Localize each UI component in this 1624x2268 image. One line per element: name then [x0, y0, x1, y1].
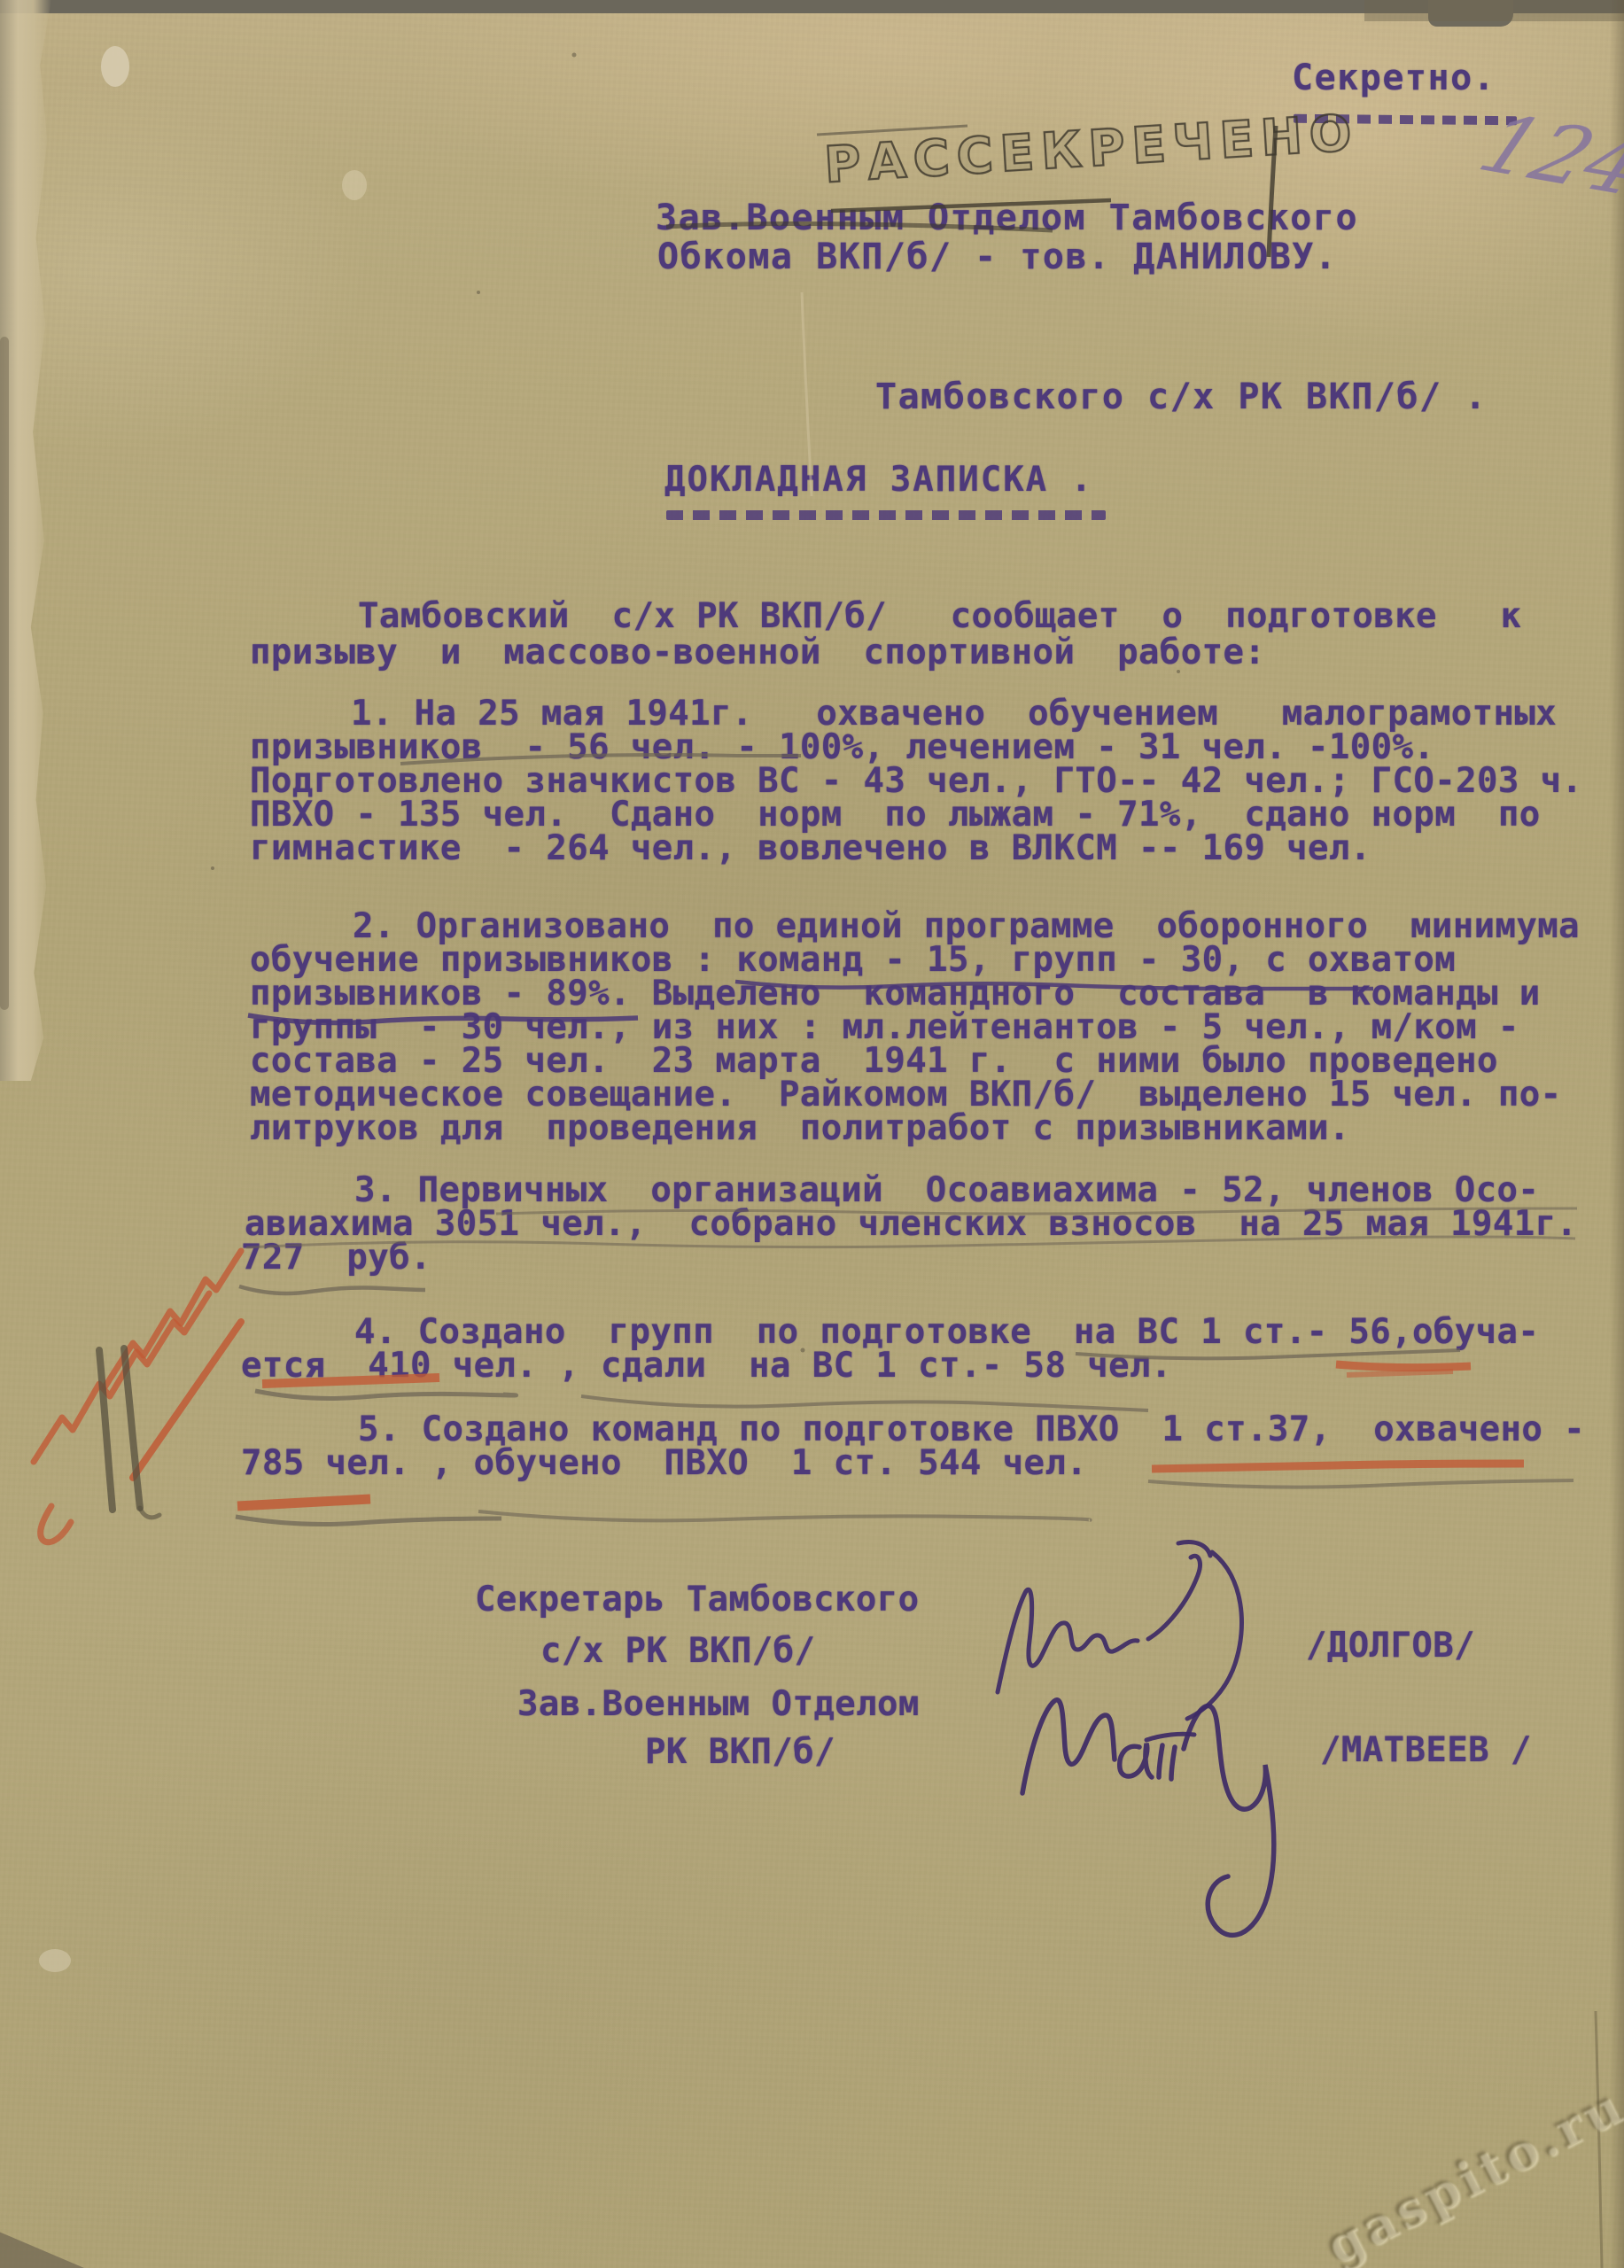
scanned-document: Секретно. РАССЕКРЕЧЕНО 124 Зав.Военным О… — [0, 0, 1624, 2268]
paper-edge-shadow-left — [0, 337, 9, 1010]
signer2-role-line-2: РК ВКП/б/ — [645, 1735, 835, 1769]
p3-line-2: авиахима 3051 чел., собрано членских взн… — [245, 1207, 1577, 1241]
p5-line-1: 5. Создано команд по подготовке ПВХО 1 с… — [358, 1412, 1585, 1447]
signer1-role-line-2: с/х РК ВКП/б/ — [540, 1634, 815, 1668]
paper-edge-shadow-right — [1610, 0, 1624, 2268]
p1-line-2: призывников - 56 чел. - 100%, лечением -… — [250, 730, 1434, 765]
signer1-role-line-1: Секретарь Тамбовского — [475, 1582, 919, 1617]
title-underline — [666, 510, 1106, 520]
intro-line-2: призыву и массово-военной спортивной раб… — [250, 635, 1265, 670]
signer2-role-line-1: Зав.Военным Отделом — [517, 1687, 920, 1721]
p2-line-1: 2. Организовано по единой программе обор… — [353, 909, 1580, 944]
signer1-name: /ДОЛГОВ/ — [1306, 1628, 1475, 1663]
memo-title: ДОКЛАДНАЯ ЗАПИСКА . — [664, 462, 1093, 497]
p1-line-3: Подготовлено значкистов ВС - 43 чел., ГТ… — [250, 764, 1582, 798]
p2-line-6: методическое совещание. Райкомом ВКП/б/ … — [250, 1077, 1562, 1112]
paper-chip-spot — [39, 1949, 71, 1972]
p1-line-1: 1. На 25 мая 1941г. охвачено обучением м… — [351, 696, 1557, 731]
p2-line-2: обучение призывников : команд - 15, груп… — [250, 943, 1456, 977]
paper-chip-spot — [342, 170, 367, 200]
classification-label: Секретно. — [1292, 60, 1496, 96]
p1-line-5: гимнастике - 264 чел., вовлечено в ВЛКСМ… — [250, 831, 1371, 866]
p5-line-2: 785 чел. , обучено ПВХО 1 ст. 544 чел. — [241, 1446, 1087, 1480]
paper-chip-spot — [101, 46, 129, 87]
p1-line-4: ПВХО - 135 чел. Сдано норм по лыжам - 71… — [250, 797, 1541, 832]
p2-line-5: состава - 25 чел. 23 марта 1941 г. с ним… — [250, 1044, 1498, 1078]
p4-line-1: 4. Создано групп по подготовке на ВС 1 с… — [354, 1315, 1539, 1349]
recipient-line-1: Зав.Военным Отделом Тамбовского — [656, 200, 1358, 236]
recipient-line-2: Обкома ВКП/б/ - тов. ДАНИЛОВУ. — [657, 239, 1337, 275]
signer2-name: /МАТВЕЕВ / — [1320, 1733, 1532, 1767]
p2-line-4: группы - 30 чел., из них : мл.лейтенанто… — [250, 1010, 1519, 1045]
p2-line-3: призывников - 89%. Выделено командного с… — [250, 976, 1541, 1011]
p3-line-1: 3. Первичных организаций Осоавиахима - 5… — [354, 1173, 1539, 1208]
sender-line: Тамбовского с/х РК ВКП/б/ . — [875, 379, 1488, 415]
paper-edge-top-right — [1364, 0, 1624, 21]
intro-line-1: Тамбовский с/х РК ВКП/б/ сообщает о подг… — [358, 599, 1521, 633]
p3-line-3: 727 руб. — [241, 1240, 431, 1275]
p2-line-7: литруков для проведения политработ с при… — [250, 1111, 1350, 1146]
p4-line-2: ется 410 чел. , сдали на ВС 1 ст.- 58 че… — [241, 1348, 1172, 1383]
